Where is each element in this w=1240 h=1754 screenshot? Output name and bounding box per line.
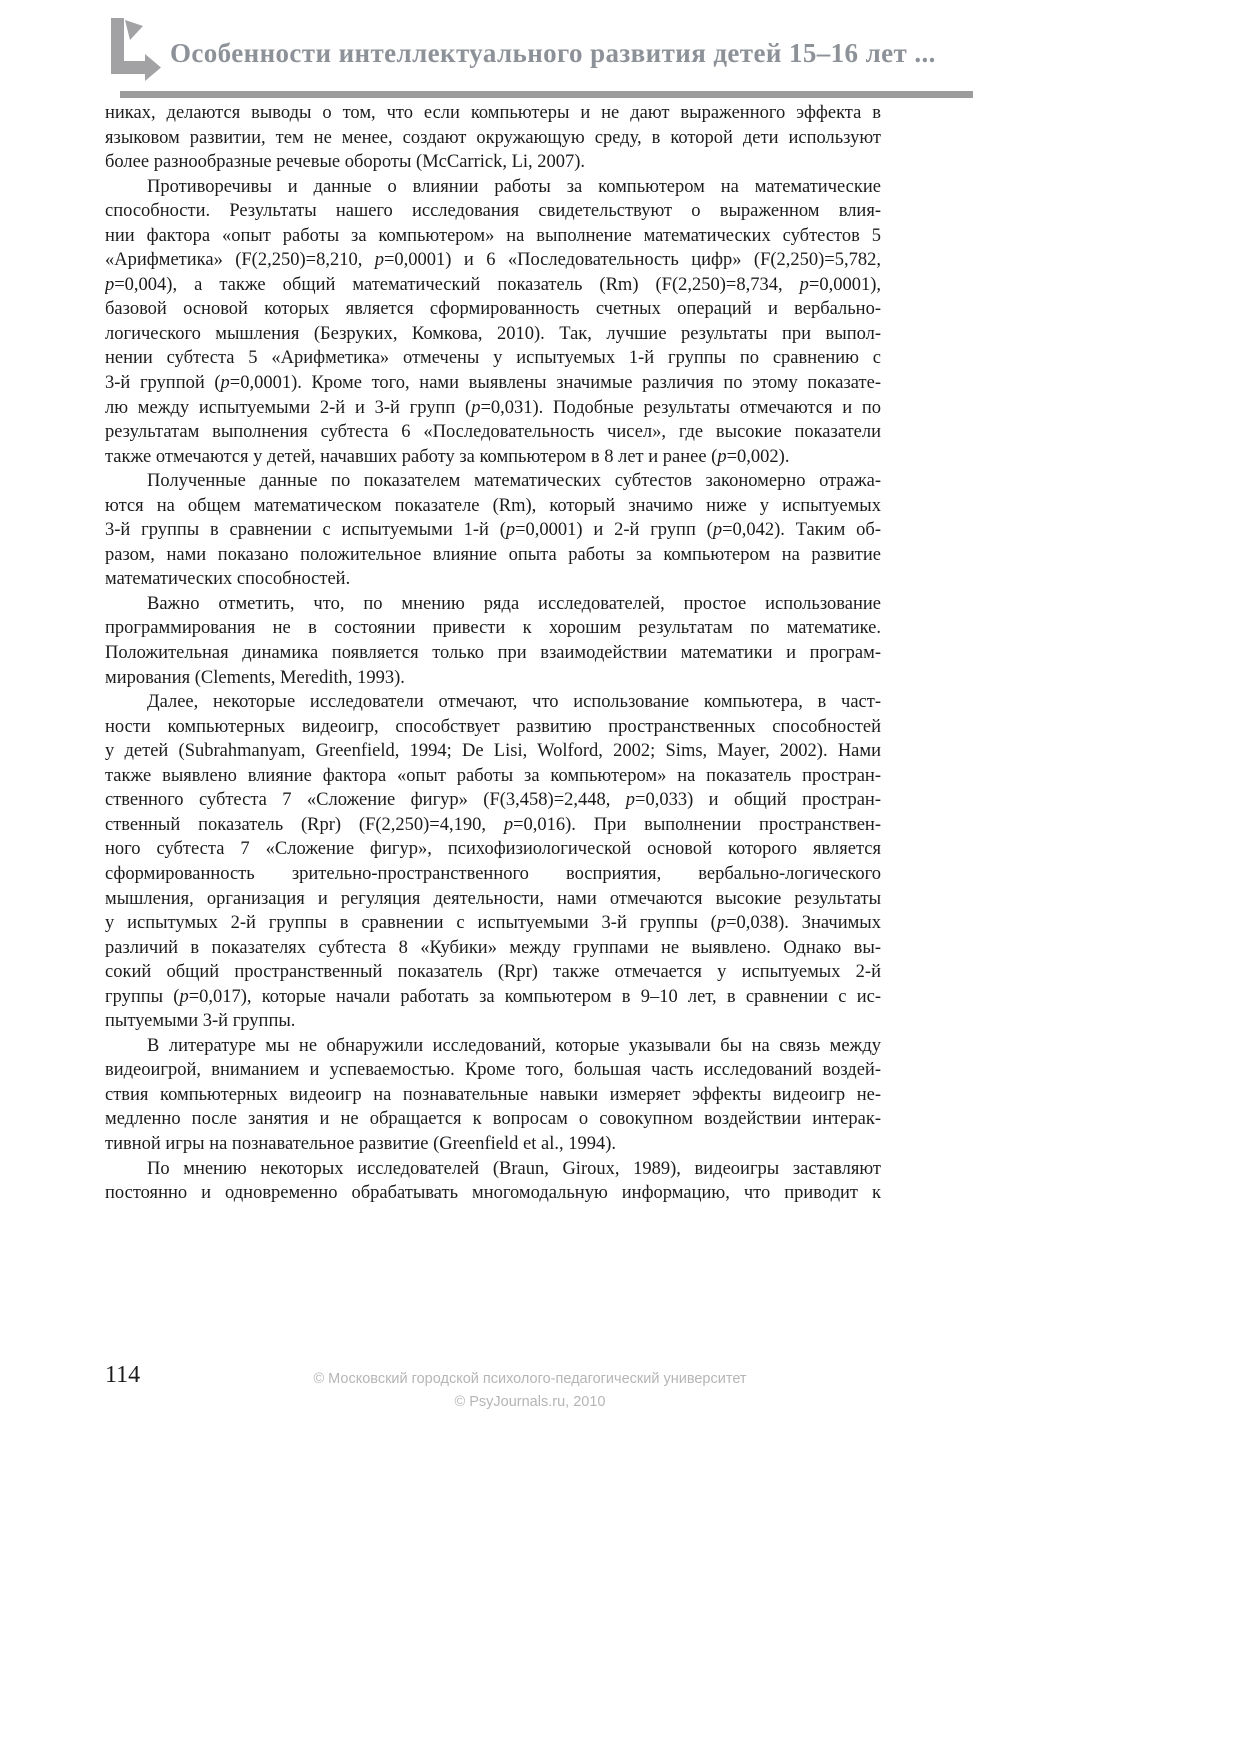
journal-logo-icon — [103, 14, 161, 88]
document-page: Особенности интеллектуального развития д… — [0, 0, 1240, 1754]
text-line: По мнению некоторых исследователей (Brau… — [105, 1157, 881, 1182]
text-line: результатам выполнения субтеста 6 «После… — [105, 420, 881, 445]
text-line: постоянно и одновременно обрабатывать мн… — [105, 1181, 881, 1206]
page-number: 114 — [105, 1362, 140, 1389]
footer-copyright: © Московский городской психолого-педагог… — [180, 1368, 880, 1414]
text-line: ного субтеста 7 «Сложение фигур», психоф… — [105, 837, 881, 862]
text-line: Положительная динамика появляется только… — [105, 641, 881, 666]
text-line: 3-й группой (p=0,0001). Кроме того, нами… — [105, 371, 881, 396]
text-line: различий в показателях субтеста 8 «Кубик… — [105, 936, 881, 961]
text-line: также выявлено влияние фактора «опыт раб… — [105, 764, 881, 789]
page-header-title: Особенности интеллектуального развития д… — [170, 38, 936, 69]
paragraph: Важно отметить, что, по мнению ряда иссл… — [105, 592, 881, 690]
paragraph: По мнению некоторых исследователей (Brau… — [105, 1157, 881, 1206]
text-line: p=0,004), а также общий математический п… — [105, 273, 881, 298]
paragraph: никах, делаются выводы о том, что если к… — [105, 101, 881, 175]
text-line: ности компьютерных видеоигр, способствуе… — [105, 715, 881, 740]
text-line: лю между испытуемыми 2-й и 3-й групп (p=… — [105, 396, 881, 421]
header-rule — [120, 91, 973, 98]
text-line: Важно отметить, что, по мнению ряда иссл… — [105, 592, 881, 617]
text-line: сокий общий пространственный показатель … — [105, 960, 881, 985]
text-line: Противоречивы и данные о влиянии работы … — [105, 175, 881, 200]
paragraph: В литературе мы не обнаружили исследован… — [105, 1034, 881, 1157]
paragraph: Полученные данные по показателем математ… — [105, 469, 881, 592]
text-line: математических способностей. — [105, 567, 881, 592]
paragraph: Далее, некоторые исследователи отмечают,… — [105, 690, 881, 1034]
text-line: 3-й группы в сравнении с испытуемыми 1-й… — [105, 518, 881, 543]
text-line: группы (p=0,017), которые начали работат… — [105, 985, 881, 1010]
text-line: нии фактора «опыт работы за компьютером»… — [105, 224, 881, 249]
text-line: сформированность зрительно-пространствен… — [105, 862, 881, 887]
text-line: более разнообразные речевые обороты (McC… — [105, 150, 881, 175]
paragraph: Противоречивы и данные о влиянии работы … — [105, 175, 881, 470]
text-line: «Арифметика» (F(2,250)=8,210, p=0,0001) … — [105, 248, 881, 273]
text-line: никах, делаются выводы о том, что если к… — [105, 101, 881, 126]
text-line: языковом развитии, тем не менее, создают… — [105, 126, 881, 151]
text-line: у детей (Subrahmanyam, Greenfield, 1994;… — [105, 739, 881, 764]
text-line: базовой основой которых является сформир… — [105, 297, 881, 322]
copyright-line-1: © Московский городской психолого-педагог… — [180, 1368, 880, 1391]
text-line: ственного субтеста 7 «Сложение фигур» (F… — [105, 788, 881, 813]
text-line: логического мышления (Безруких, Комкова,… — [105, 322, 881, 347]
text-line: разом, нами показано положительное влиян… — [105, 543, 881, 568]
text-line: пытуемыми 3-й группы. — [105, 1009, 881, 1034]
text-line: у испытумых 2-й группы в сравнении с исп… — [105, 911, 881, 936]
text-line: также отмечаются у детей, начавших работ… — [105, 445, 881, 470]
text-line: способности. Результаты нашего исследова… — [105, 199, 881, 224]
article-text: никах, делаются выводы о том, что если к… — [105, 101, 881, 1206]
text-line: Далее, некоторые исследователи отмечают,… — [105, 690, 881, 715]
text-line: ются на общем математическом показателе … — [105, 494, 881, 519]
text-line: тивной игры на познавательное развитие (… — [105, 1132, 881, 1157]
text-line: ствия компьютерных видеоигр на познавате… — [105, 1083, 881, 1108]
copyright-line-2: © PsyJournals.ru, 2010 — [180, 1391, 880, 1414]
text-line: нении субтеста 5 «Арифметика» отмечены у… — [105, 346, 881, 371]
text-line: медленно после занятия и не обращается к… — [105, 1107, 881, 1132]
text-line: мышления, организация и регуляция деятел… — [105, 887, 881, 912]
text-line: В литературе мы не обнаружили исследован… — [105, 1034, 881, 1059]
text-line: видеоигрой, вниманием и успеваемостью. К… — [105, 1058, 881, 1083]
text-line: мирования (Clements, Meredith, 1993). — [105, 666, 881, 691]
text-line: ственный показатель (Rpr) (F(2,250)=4,19… — [105, 813, 881, 838]
text-line: программирования не в состоянии привести… — [105, 616, 881, 641]
text-line: Полученные данные по показателем математ… — [105, 469, 881, 494]
